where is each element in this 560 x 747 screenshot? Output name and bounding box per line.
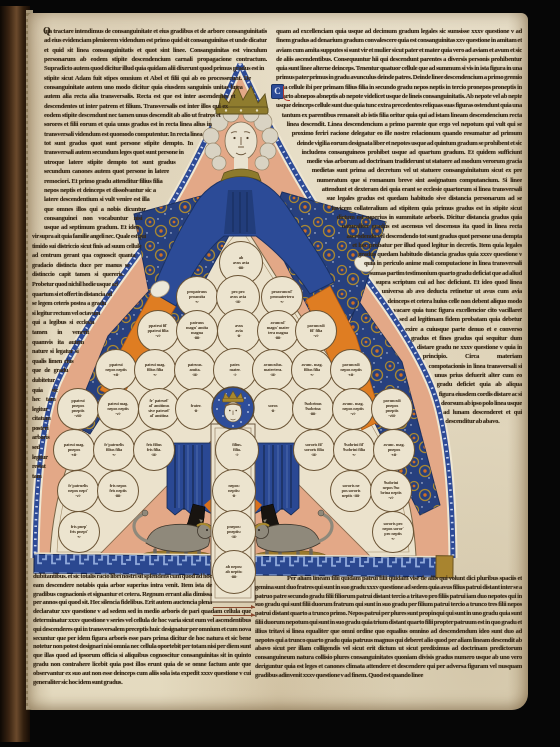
kinship-circle: filius.filia.·i· bbox=[215, 428, 259, 472]
kinship-circle: patrui mag.nepos neptis·vi· bbox=[97, 388, 139, 430]
manuscript-photo: uia tractare intendimus de consanguinita… bbox=[0, 0, 560, 747]
ego-medallion bbox=[211, 386, 255, 430]
kinship-circle: fr'patruelisfilius filia·v· bbox=[93, 429, 135, 471]
kinship-circle: ppatrui fil'ppatrui filia·vi· bbox=[137, 310, 179, 352]
kinship-circle: ab nepos:ab neptis:·iiii· bbox=[212, 550, 256, 594]
kinship-circle: patruusmagn' amitamagna·iiii· bbox=[176, 310, 218, 352]
kinship-circle: fr' patruel'al' amitinussive patruel'al'… bbox=[138, 388, 180, 430]
kinship-circle: ppatruipnepospneptis·viii· bbox=[57, 388, 99, 430]
kinship-circle: fris pnep'fris pnept'·v· bbox=[58, 511, 100, 553]
kinship-circle: patruus.amita.·iii· bbox=[174, 349, 216, 391]
kinship-circle: sororis nepos sororisneptis ·iiii· bbox=[330, 470, 372, 512]
kinship-circle: avuncul'magn' matertera magna·iiii· bbox=[257, 310, 299, 352]
kinship-circle: avusavia·ii· bbox=[217, 309, 261, 353]
kinship-circle: pavunculipnepospneptis·viii· bbox=[371, 388, 413, 430]
kinship-circle: nepos:neptis:·ii· bbox=[212, 469, 256, 513]
kinship-circles: abavus avia·iiii·propatruusproamita·v·pr… bbox=[0, 0, 560, 747]
kinship-circle: 9sobrinus9sobrina·iiii· bbox=[292, 388, 334, 430]
kinship-circle: fris filiusfris filia.·iii· bbox=[133, 429, 175, 471]
kinship-circle: pavunculinepos neptis·vii· bbox=[330, 349, 372, 391]
kinship-circle: avunc. mag.filius filia·v· bbox=[291, 349, 333, 391]
kinship-circle: sororis pronepos soror'pro neptis·v· bbox=[372, 511, 414, 553]
kinship-circle: ppatruinepos neptis·vii· bbox=[95, 349, 137, 391]
kinship-circle: fris neposfris neptis·iiii· bbox=[97, 470, 139, 512]
kinship-circle: sororis fil'sororis filia·iii· bbox=[293, 429, 335, 471]
kinship-circle: 9sobrini fil'9sobrini filia·v· bbox=[333, 429, 375, 471]
kinship-circle: avunc. mag.pnepos·vii· bbox=[373, 429, 415, 471]
kinship-circle: patrui mag.pnepos·vii· bbox=[53, 429, 95, 471]
kinship-circle: fr'patruelisnepos nept'·vi· bbox=[57, 470, 99, 512]
kinship-circle: pnepos:pneptis:·iii· bbox=[212, 510, 256, 554]
kinship-circle: patrui mag.filius filia·v· bbox=[134, 349, 176, 391]
kinship-circle: avunculus.matertera.·iii· bbox=[252, 349, 294, 391]
kinship-circle: soror.·ii· bbox=[252, 388, 294, 430]
kinship-circle: 9sobrininepos 9sobrina neptis·vi· bbox=[370, 470, 412, 512]
kinship-circle: avunc. mag.nepos neptis·vi· bbox=[332, 388, 374, 430]
kinship-circle: pavunculifil' filia·vi· bbox=[295, 310, 337, 352]
